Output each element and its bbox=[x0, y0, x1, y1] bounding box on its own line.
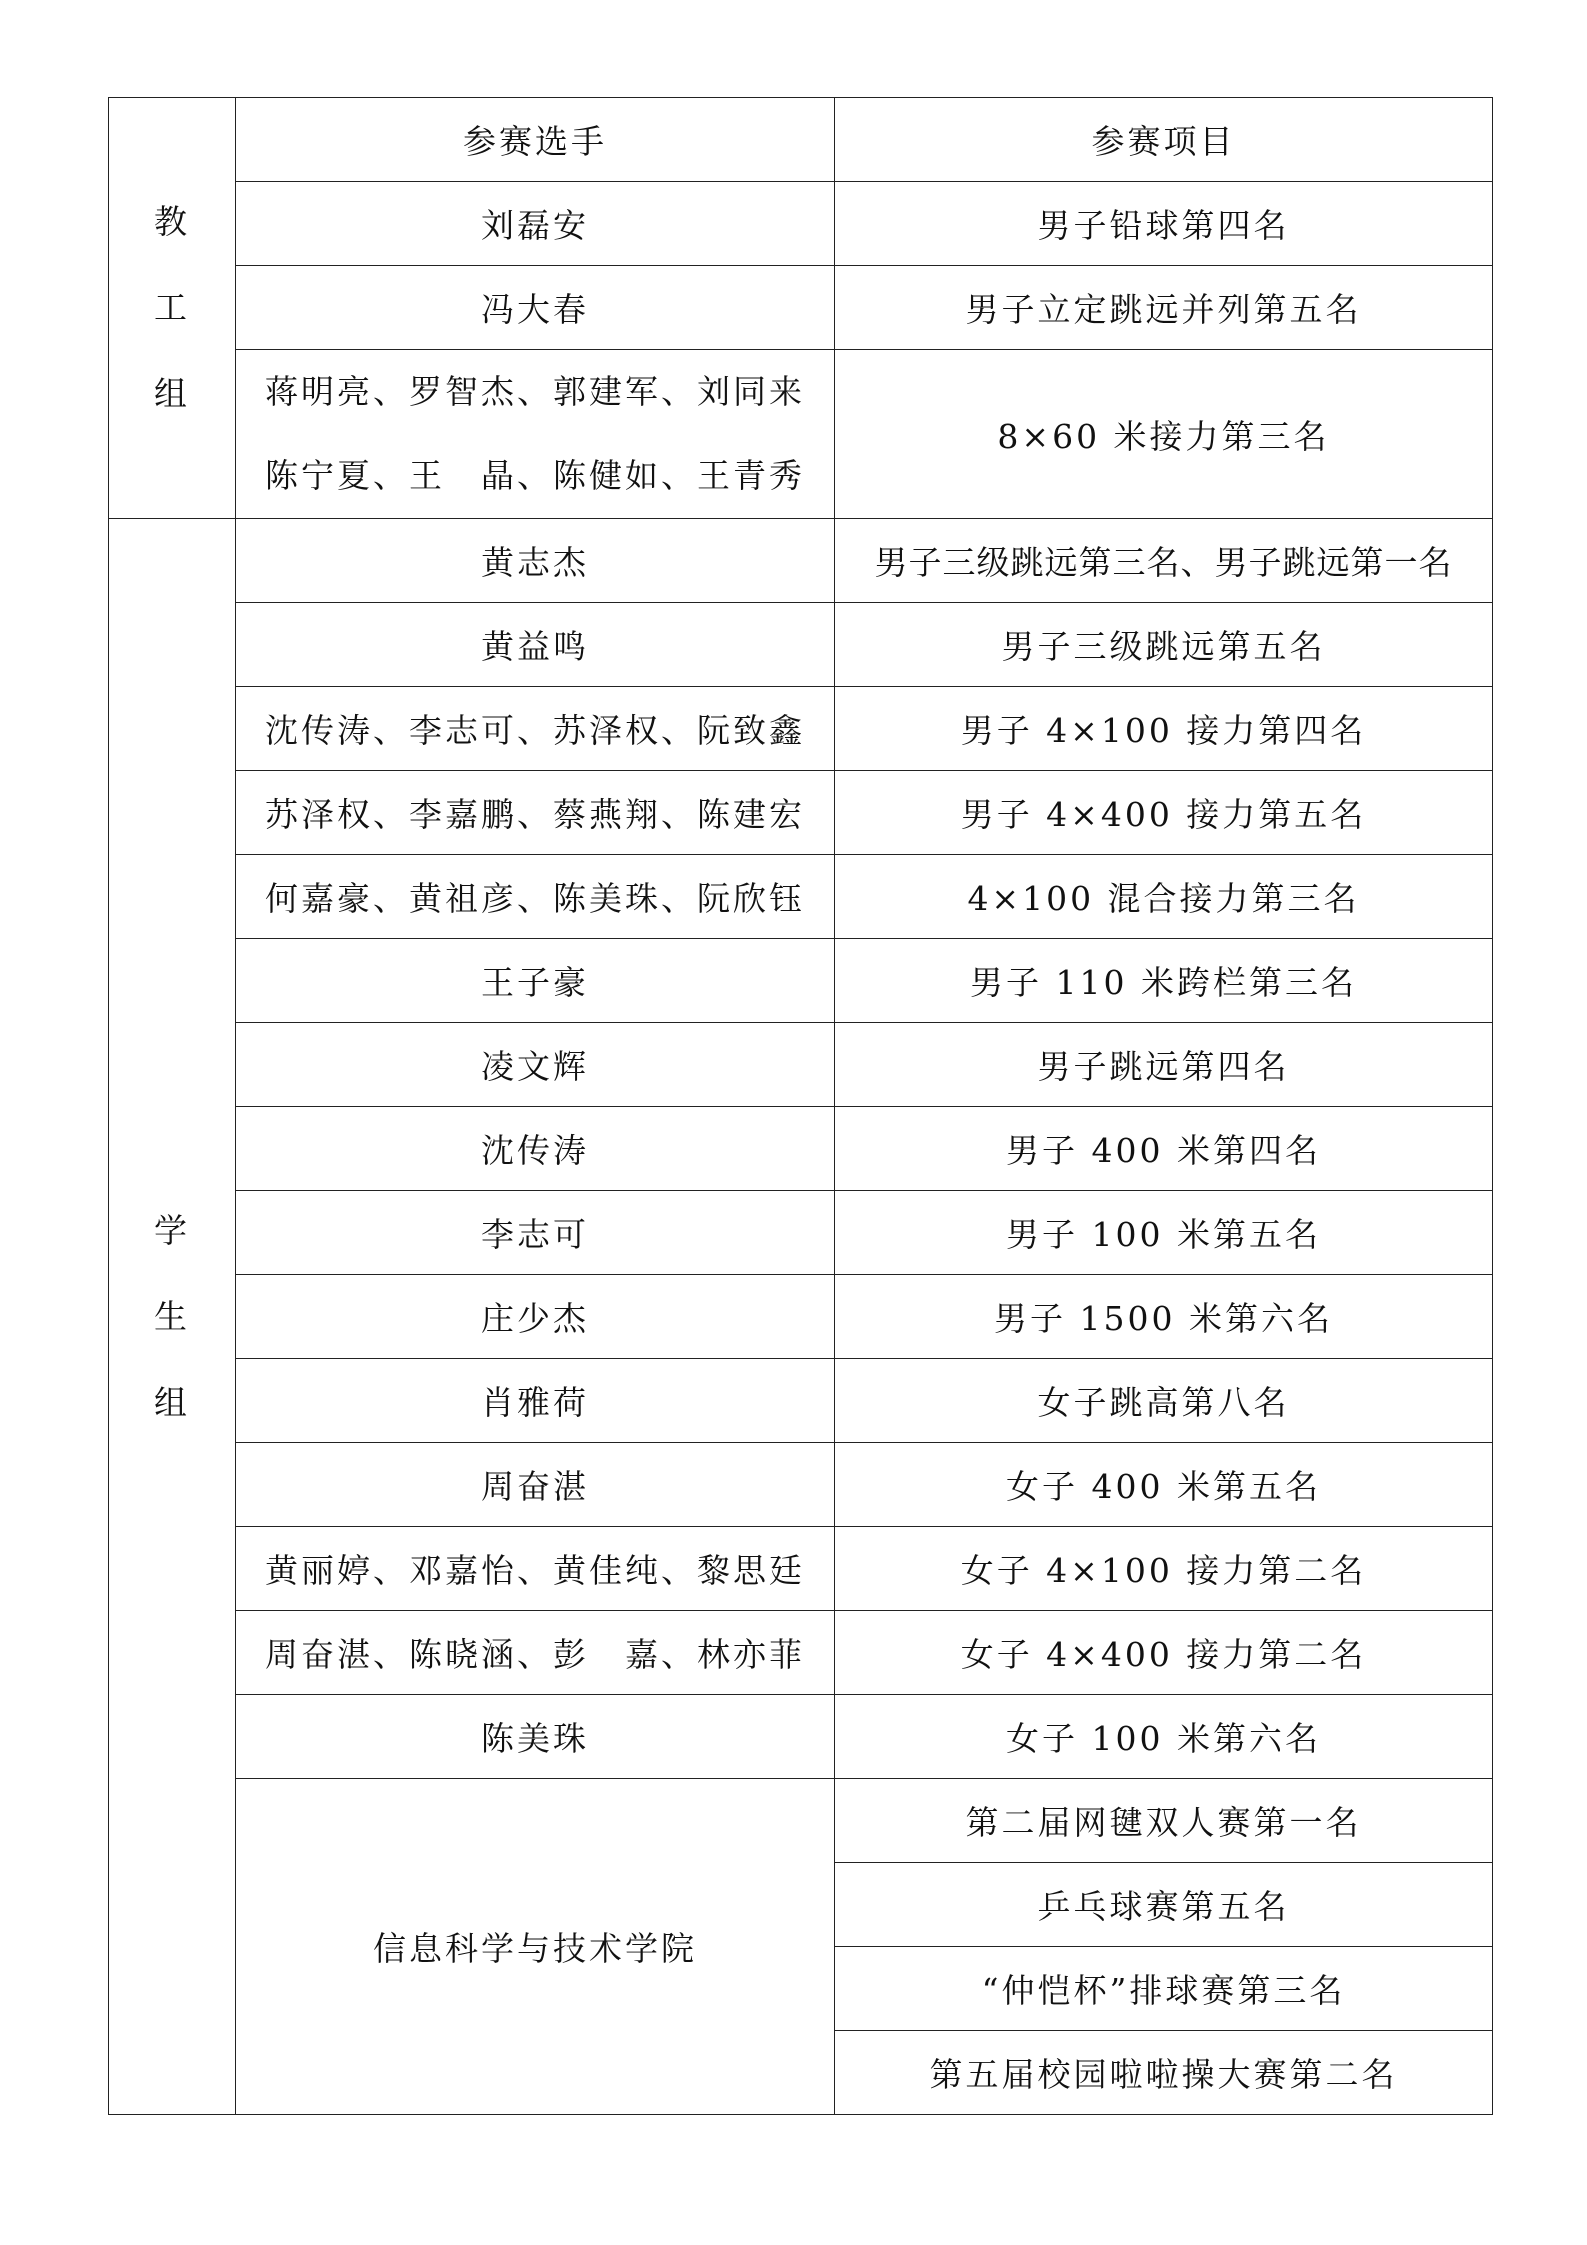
table-row: 陈美珠女子 100 米第六名 bbox=[109, 1695, 1493, 1779]
table-row: 苏泽权、李嘉鹏、蔡燕翔、陈建宏男子 4×400 接力第五名 bbox=[109, 771, 1493, 855]
event-cell: 女子跳高第八名 bbox=[835, 1359, 1493, 1443]
athletes-cell: 沈传涛、李志可、苏泽权、阮致鑫 bbox=[236, 687, 835, 771]
group-label-char: 学 bbox=[109, 1188, 235, 1274]
event-cell: 女子 4×100 接力第二名 bbox=[835, 1527, 1493, 1611]
athletes-cell: 蒋明亮、罗智杰、郭建军、刘同来 陈宁夏、王 晶、陈健如、王青秀 bbox=[236, 350, 835, 519]
event-cell: 男子 4×100 接力第四名 bbox=[835, 687, 1493, 771]
event-cell: 女子 4×400 接力第二名 bbox=[835, 1611, 1493, 1695]
athletes-cell: 黄益鸣 bbox=[236, 603, 835, 687]
table-row: 沈传涛、李志可、苏泽权、阮致鑫男子 4×100 接力第四名 bbox=[109, 687, 1493, 771]
table-row: 学 生 组 黄志杰 男子三级跳远第三名、男子跳远第一名 bbox=[109, 519, 1493, 603]
event-cell: 男子 4×400 接力第五名 bbox=[835, 771, 1493, 855]
table-row: 蒋明亮、罗智杰、郭建军、刘同来 陈宁夏、王 晶、陈健如、王青秀 8×60 米接力… bbox=[109, 350, 1493, 519]
table-row: 周奋湛女子 400 米第五名 bbox=[109, 1443, 1493, 1527]
table-row: 黄丽婷、邓嘉怡、黄佳纯、黎思廷女子 4×100 接力第二名 bbox=[109, 1527, 1493, 1611]
athletes-line: 陈宁夏、王 晶、陈健如、王青秀 bbox=[236, 434, 834, 518]
group-label-char: 教 bbox=[109, 179, 235, 265]
athletes-cell: 王子豪 bbox=[236, 939, 835, 1023]
event-cell: “仲恺杯”排球赛第三名 bbox=[835, 1947, 1493, 2031]
athletes-cell: 冯大春 bbox=[236, 266, 835, 350]
athletes-cell: 周奋湛、陈晓涵、彭 嘉、林亦菲 bbox=[236, 1611, 835, 1695]
table-header-row: 教 工 组 参赛选手 参赛项目 bbox=[109, 98, 1493, 182]
table-row: 肖雅荷女子跳高第八名 bbox=[109, 1359, 1493, 1443]
event-cell: 8×60 米接力第三名 bbox=[835, 350, 1493, 519]
table-row: 周奋湛、陈晓涵、彭 嘉、林亦菲女子 4×400 接力第二名 bbox=[109, 1611, 1493, 1695]
athletes-line: 蒋明亮、罗智杰、郭建军、刘同来 bbox=[236, 350, 834, 434]
group-label-char: 组 bbox=[109, 1360, 235, 1446]
event-cell: 4×100 混合接力第三名 bbox=[835, 855, 1493, 939]
event-cell: 女子 100 米第六名 bbox=[835, 1695, 1493, 1779]
event-cell: 男子 1500 米第六名 bbox=[835, 1275, 1493, 1359]
table-row: 凌文辉男子跳远第四名 bbox=[109, 1023, 1493, 1107]
event-cell: 男子立定跳远并列第五名 bbox=[835, 266, 1493, 350]
athletes-cell: 何嘉豪、黄祖彦、陈美珠、阮欣钰 bbox=[236, 855, 835, 939]
table-row: 何嘉豪、黄祖彦、陈美珠、阮欣钰4×100 混合接力第三名 bbox=[109, 855, 1493, 939]
athletes-cell: 刘磊安 bbox=[236, 182, 835, 266]
header-athletes: 参赛选手 bbox=[236, 98, 835, 182]
athletes-cell: 肖雅荷 bbox=[236, 1359, 835, 1443]
event-cell: 男子三级跳远第三名、男子跳远第一名 bbox=[835, 519, 1493, 603]
header-events: 参赛项目 bbox=[835, 98, 1493, 182]
team-athletes-cell: 信息科学与技术学院 bbox=[236, 1779, 835, 2115]
event-cell: 男子 110 米跨栏第三名 bbox=[835, 939, 1493, 1023]
table-row: 信息科学与技术学院 第二届网毽双人赛第一名 bbox=[109, 1779, 1493, 1863]
event-cell: 男子跳远第四名 bbox=[835, 1023, 1493, 1107]
athletes-cell: 周奋湛 bbox=[236, 1443, 835, 1527]
group-label-char: 工 bbox=[109, 265, 235, 351]
table-row: 沈传涛男子 400 米第四名 bbox=[109, 1107, 1493, 1191]
athletes-cell: 庄少杰 bbox=[236, 1275, 835, 1359]
event-cell: 男子三级跳远第五名 bbox=[835, 603, 1493, 687]
results-table: 教 工 组 参赛选手 参赛项目 刘磊安 男子铅球第四名 冯大春 男子立定跳远并列… bbox=[108, 97, 1493, 2115]
group-label-char: 组 bbox=[109, 351, 235, 437]
table-row: 黄益鸣男子三级跳远第五名 bbox=[109, 603, 1493, 687]
table-row: 李志可男子 100 米第五名 bbox=[109, 1191, 1493, 1275]
event-cell: 乒乓球赛第五名 bbox=[835, 1863, 1493, 1947]
event-cell: 男子 100 米第五名 bbox=[835, 1191, 1493, 1275]
table-row: 刘磊安 男子铅球第四名 bbox=[109, 182, 1493, 266]
event-cell: 第五届校园啦啦操大赛第二名 bbox=[835, 2031, 1493, 2115]
event-cell: 女子 400 米第五名 bbox=[835, 1443, 1493, 1527]
athletes-cell: 凌文辉 bbox=[236, 1023, 835, 1107]
athletes-cell: 黄志杰 bbox=[236, 519, 835, 603]
athletes-cell: 苏泽权、李嘉鹏、蔡燕翔、陈建宏 bbox=[236, 771, 835, 855]
event-cell: 男子铅球第四名 bbox=[835, 182, 1493, 266]
table-row: 冯大春 男子立定跳远并列第五名 bbox=[109, 266, 1493, 350]
group-label-char: 生 bbox=[109, 1274, 235, 1360]
athletes-cell: 陈美珠 bbox=[236, 1695, 835, 1779]
athletes-cell: 沈传涛 bbox=[236, 1107, 835, 1191]
table-row: 庄少杰男子 1500 米第六名 bbox=[109, 1275, 1493, 1359]
student-group-label: 学 生 组 bbox=[109, 519, 236, 2115]
event-cell: 第二届网毽双人赛第一名 bbox=[835, 1779, 1493, 1863]
athletes-cell: 黄丽婷、邓嘉怡、黄佳纯、黎思廷 bbox=[236, 1527, 835, 1611]
staff-group-label: 教 工 组 bbox=[109, 98, 236, 519]
table-row: 王子豪男子 110 米跨栏第三名 bbox=[109, 939, 1493, 1023]
athletes-cell: 李志可 bbox=[236, 1191, 835, 1275]
event-cell: 男子 400 米第四名 bbox=[835, 1107, 1493, 1191]
